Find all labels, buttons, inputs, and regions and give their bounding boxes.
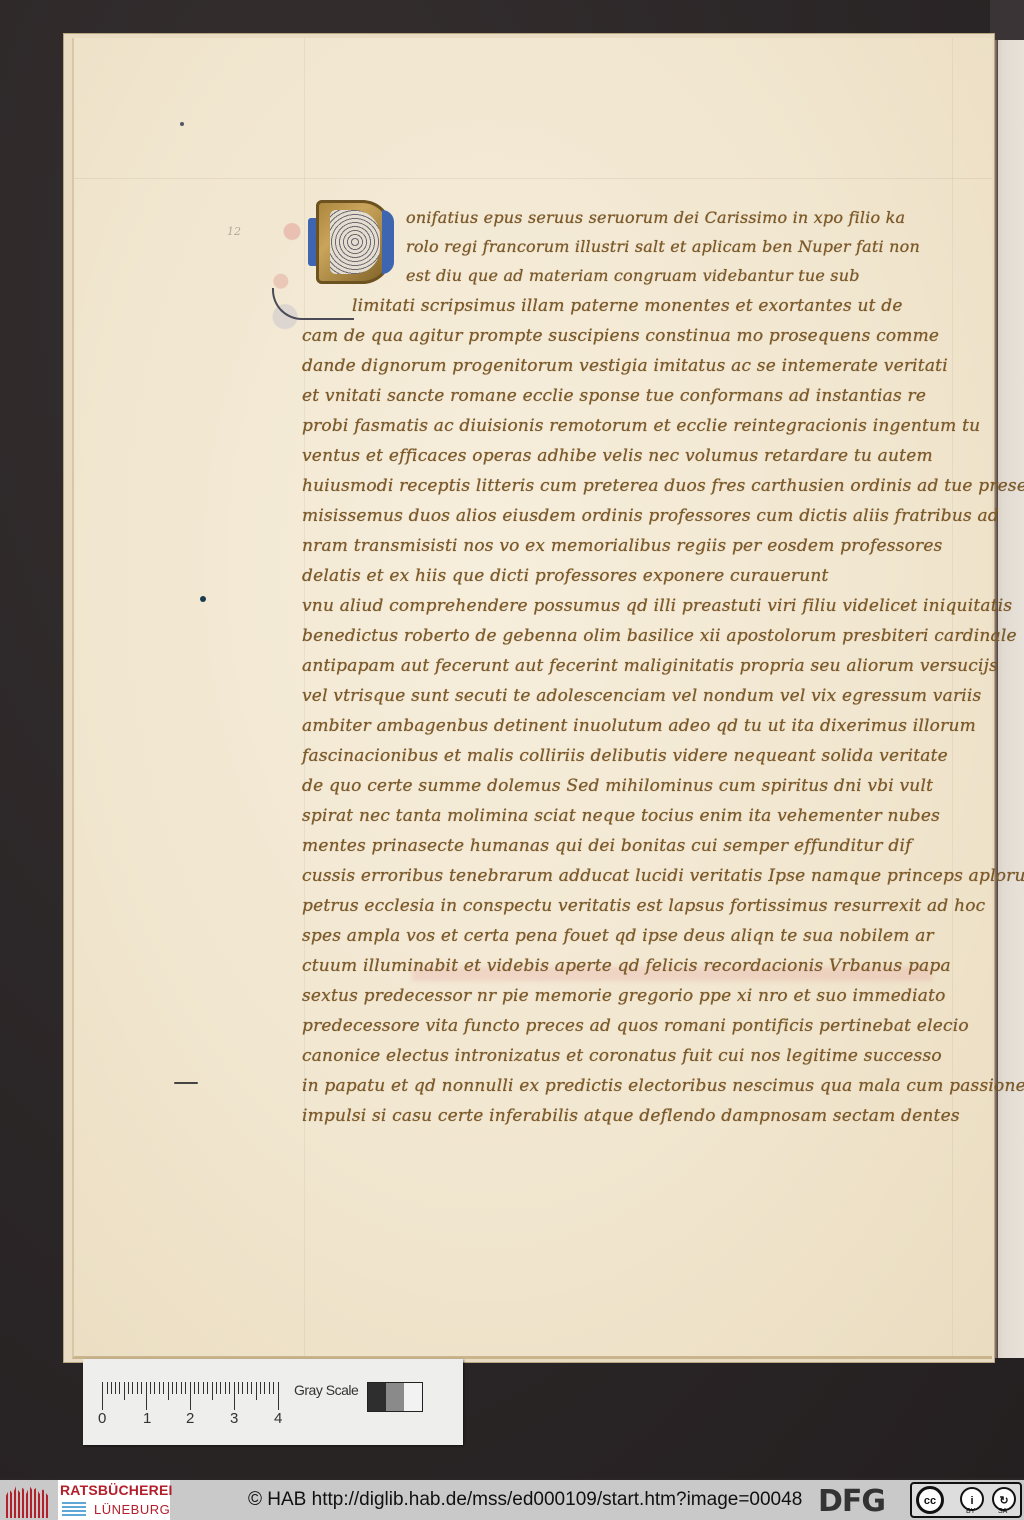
text-line: vnu aliud comprehendere possumus qd illi… (302, 596, 1012, 616)
library-name-bottom: LÜNEBURG (94, 1502, 170, 1517)
library-name-top: RATSBÜCHEREI (60, 1482, 173, 1498)
text-line: et vnitati sancte romane ecclie sponse t… (302, 386, 926, 406)
ruler-ticks (102, 1382, 282, 1412)
text-line: rolo regi francorum illustri salt et apl… (406, 237, 920, 256)
text-line: dande dignorum progenitorum vestigia imi… (302, 356, 948, 376)
cc-license-badge[interactable]: cc i ↻ BY SA (910, 1482, 1022, 1518)
text-line: onifatius epus seruus seruorum dei Caris… (406, 208, 905, 227)
ruler-label-0: 0 (98, 1410, 106, 1427)
initial-filigree (330, 210, 380, 274)
gray-swatch-dark (368, 1383, 386, 1411)
text-line: ctuum illuminabit et videbis aperte qd f… (302, 956, 951, 976)
gray-swatch-mid (386, 1383, 404, 1411)
facing-page-top-shadow (990, 0, 1024, 42)
ruler-card: 0 1 2 3 4 Gray Scale (83, 1359, 463, 1445)
text-line: huiusmodi receptis litteris cum preterea… (302, 476, 1024, 496)
text-line: antipapam aut fecerunt aut fecerint mali… (302, 656, 998, 676)
text-line: canonice electus intronizatus et coronat… (302, 1046, 942, 1066)
text-line: sextus predecessor nr pie memorie gregor… (302, 986, 946, 1006)
text-line: predecessore vita functo preces ad quos … (302, 1016, 969, 1036)
text-line: limitati scripsimus illam paterne monent… (352, 296, 903, 316)
text-line: est diu que ad materiam congruam videban… (406, 266, 860, 285)
ink-speck (200, 596, 206, 602)
text-line: ambiter ambagenbus detinent inuolutum ad… (302, 716, 976, 736)
library-bars-icon (6, 1486, 48, 1518)
text-line: spes ampla vos et certa pena fouet qd ip… (302, 926, 934, 946)
text-line: cam de qua agitur prompte suscipiens con… (302, 326, 939, 346)
manuscript-page: 12 onifatius epus seruus seruorum dei Ca… (72, 38, 992, 1359)
gray-swatch-light (404, 1383, 422, 1411)
ruler-label-4: 4 (274, 1410, 282, 1427)
dfg-logo[interactable]: DFG (818, 1484, 885, 1519)
text-line: misissemus duos alios eiusdem ordinis pr… (302, 506, 999, 526)
by-label: BY (966, 1508, 975, 1515)
text-line: spirat nec tanta molimina sciat neque to… (302, 806, 940, 826)
initial-gold-letter (316, 200, 392, 284)
sa-label: SA (998, 1508, 1007, 1515)
text-line: ventus et efficaces operas adhibe velis … (302, 446, 933, 466)
footer-bar: RATSBÜCHEREI LÜNEBURG © HAB http://digli… (0, 1480, 1024, 1520)
ruling-line-top (74, 178, 992, 179)
initial-blue-bowl (382, 210, 394, 274)
text-line: delatis et ex hiis que dicti professores… (302, 566, 829, 586)
cc-icon: cc (916, 1486, 944, 1514)
library-logo[interactable]: RATSBÜCHEREI LÜNEBURG (58, 1480, 170, 1520)
text-line: mentes prinasecte humanas qui dei bonita… (302, 836, 912, 856)
text-line: nram transmisisti nos vo ex memorialibus… (302, 536, 943, 556)
ruler-label-2: 2 (186, 1410, 194, 1427)
text-line: probi fasmatis ac diuisionis remotorum e… (302, 416, 980, 436)
ink-speck (174, 1082, 198, 1084)
text-line: impulsi si casu certe inferabilis atque … (302, 1106, 960, 1126)
text-line: vel vtrisque sunt secuti te adolescencia… (302, 686, 981, 706)
text-line: fascinacionibus et malis colliriis delib… (302, 746, 948, 766)
ruler-label-3: 3 (230, 1410, 238, 1427)
copyright-link[interactable]: © HAB http://diglib.hab.de/mss/ed000109/… (248, 1489, 802, 1511)
open-book-icon (62, 1502, 86, 1518)
text-line: benedictus roberto de gebenna olim basil… (302, 626, 1017, 646)
text-line: de quo certe summe dolemus Sed mihilomin… (302, 776, 933, 796)
gray-scale-label: Gray Scale (294, 1382, 358, 1398)
illuminated-initial (264, 196, 404, 338)
folio-number: 12 (227, 225, 241, 238)
ruler-label-1: 1 (143, 1410, 151, 1427)
text-line: cussis erroribus tenebrarum adducat luci… (302, 866, 1024, 886)
ink-speck (180, 122, 184, 126)
text-line: petrus ecclesia in conspectu veritatis e… (302, 896, 985, 916)
gray-scale-swatches (367, 1382, 423, 1412)
text-line: in papatu et qd nonnulli ex predictis el… (302, 1076, 1024, 1096)
